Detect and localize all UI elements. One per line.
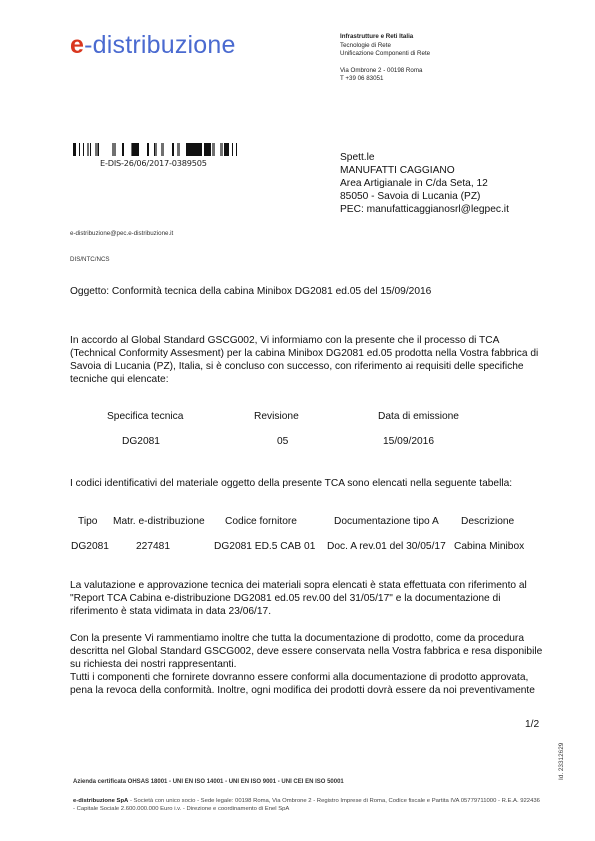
footer-legal: e-distribuzione SpA - Società con unico … <box>73 797 543 814</box>
body-paragraph-1: In accordo al Global Standard GSCG002, V… <box>70 334 545 386</box>
logo-wordmark: -distribuzione <box>84 31 235 59</box>
document-id: Id. 23312629 <box>558 743 565 780</box>
mat-header-codice: Codice fornitore <box>225 516 297 527</box>
mat-header-matricola: Matr. e-distribuzione <box>113 516 205 527</box>
recipient-street: Area Artigianale in C/da Seta, 12 <box>340 177 509 190</box>
mat-value-descrizione: Cabina Minibox <box>454 541 524 552</box>
body-paragraph-2: La valutazione e approvazione tecnica de… <box>70 579 545 618</box>
mat-value-matricola: 227481 <box>136 541 170 552</box>
sender-block: Infrastrutture e Reti Italia Tecnologie … <box>340 33 430 84</box>
spec-value-data: 15/09/2016 <box>383 436 434 447</box>
recipient-salutation: Spett.le <box>340 151 509 164</box>
mat-header-documentazione: Documentazione tipo A <box>334 516 439 527</box>
spec-header-data: Data di emissione <box>378 411 459 422</box>
sender-phone: T +39 06 83051 <box>340 75 430 84</box>
table-intro: I codici identificativi del materiale og… <box>70 477 545 490</box>
body-paragraph-3b: Tutti i componenti che fornirete dovrann… <box>70 671 545 697</box>
sender-department: Tecnologie di Rete <box>340 42 430 51</box>
body-paragraph-3a: Con la presente Vi rammentiamo inoltre c… <box>70 632 545 671</box>
letter-subject: Oggetto: Conformità tecnica della cabina… <box>70 286 431 297</box>
sender-unit: Unificazione Componenti di Rete <box>340 50 430 59</box>
barcode-icon <box>73 143 240 156</box>
recipient-block: Spett.le MANUFATTI CAGGIANO Area Artigia… <box>340 151 509 216</box>
recipient-pec: PEC: manufatticaggianosrl@legpec.it <box>340 203 509 216</box>
page-number: 1/2 <box>525 719 539 730</box>
mat-header-tipo: Tipo <box>78 516 97 527</box>
body-paragraph-3: Con la presente Vi rammentiamo inoltre c… <box>70 632 545 697</box>
logo-prefix: e <box>70 31 84 59</box>
protocol-number: E-DIS-26/06/2017-0389505 <box>100 158 207 168</box>
sender-address: Via Ombrone 2 - 00198 Roma <box>340 67 430 76</box>
mat-value-tipo: DG2081 <box>71 541 109 552</box>
spec-value-revisione: 05 <box>277 436 288 447</box>
company-logo: e-distribuzione <box>70 28 236 62</box>
recipient-company: MANUFATTI CAGGIANO <box>340 164 509 177</box>
footer-legal-text: - Società con unico socio - Sede legale:… <box>73 798 540 812</box>
recipient-city: 85050 - Savoia di Lucania (PZ) <box>340 190 509 203</box>
footer-certifications: Azienda certificata OHSAS 18001 - UNI EN… <box>73 779 344 785</box>
spec-header-specifica: Specifica tecnica <box>107 411 183 422</box>
sender-organization: Infrastrutture e Reti Italia <box>340 33 430 42</box>
reference-code: DIS/NTC/NCS <box>70 256 110 263</box>
spec-value-specifica: DG2081 <box>122 436 160 447</box>
sender-pec: e-distribuzione@pec.e-distribuzione.it <box>70 230 173 237</box>
footer-company-name: e-distribuzione SpA <box>73 798 128 804</box>
mat-value-documentazione: Doc. A rev.01 del 30/05/17 <box>327 541 446 552</box>
mat-header-descrizione: Descrizione <box>461 516 514 527</box>
mat-value-codice: DG2081 ED.5 CAB 01 <box>214 541 315 552</box>
spec-header-revisione: Revisione <box>254 411 299 422</box>
